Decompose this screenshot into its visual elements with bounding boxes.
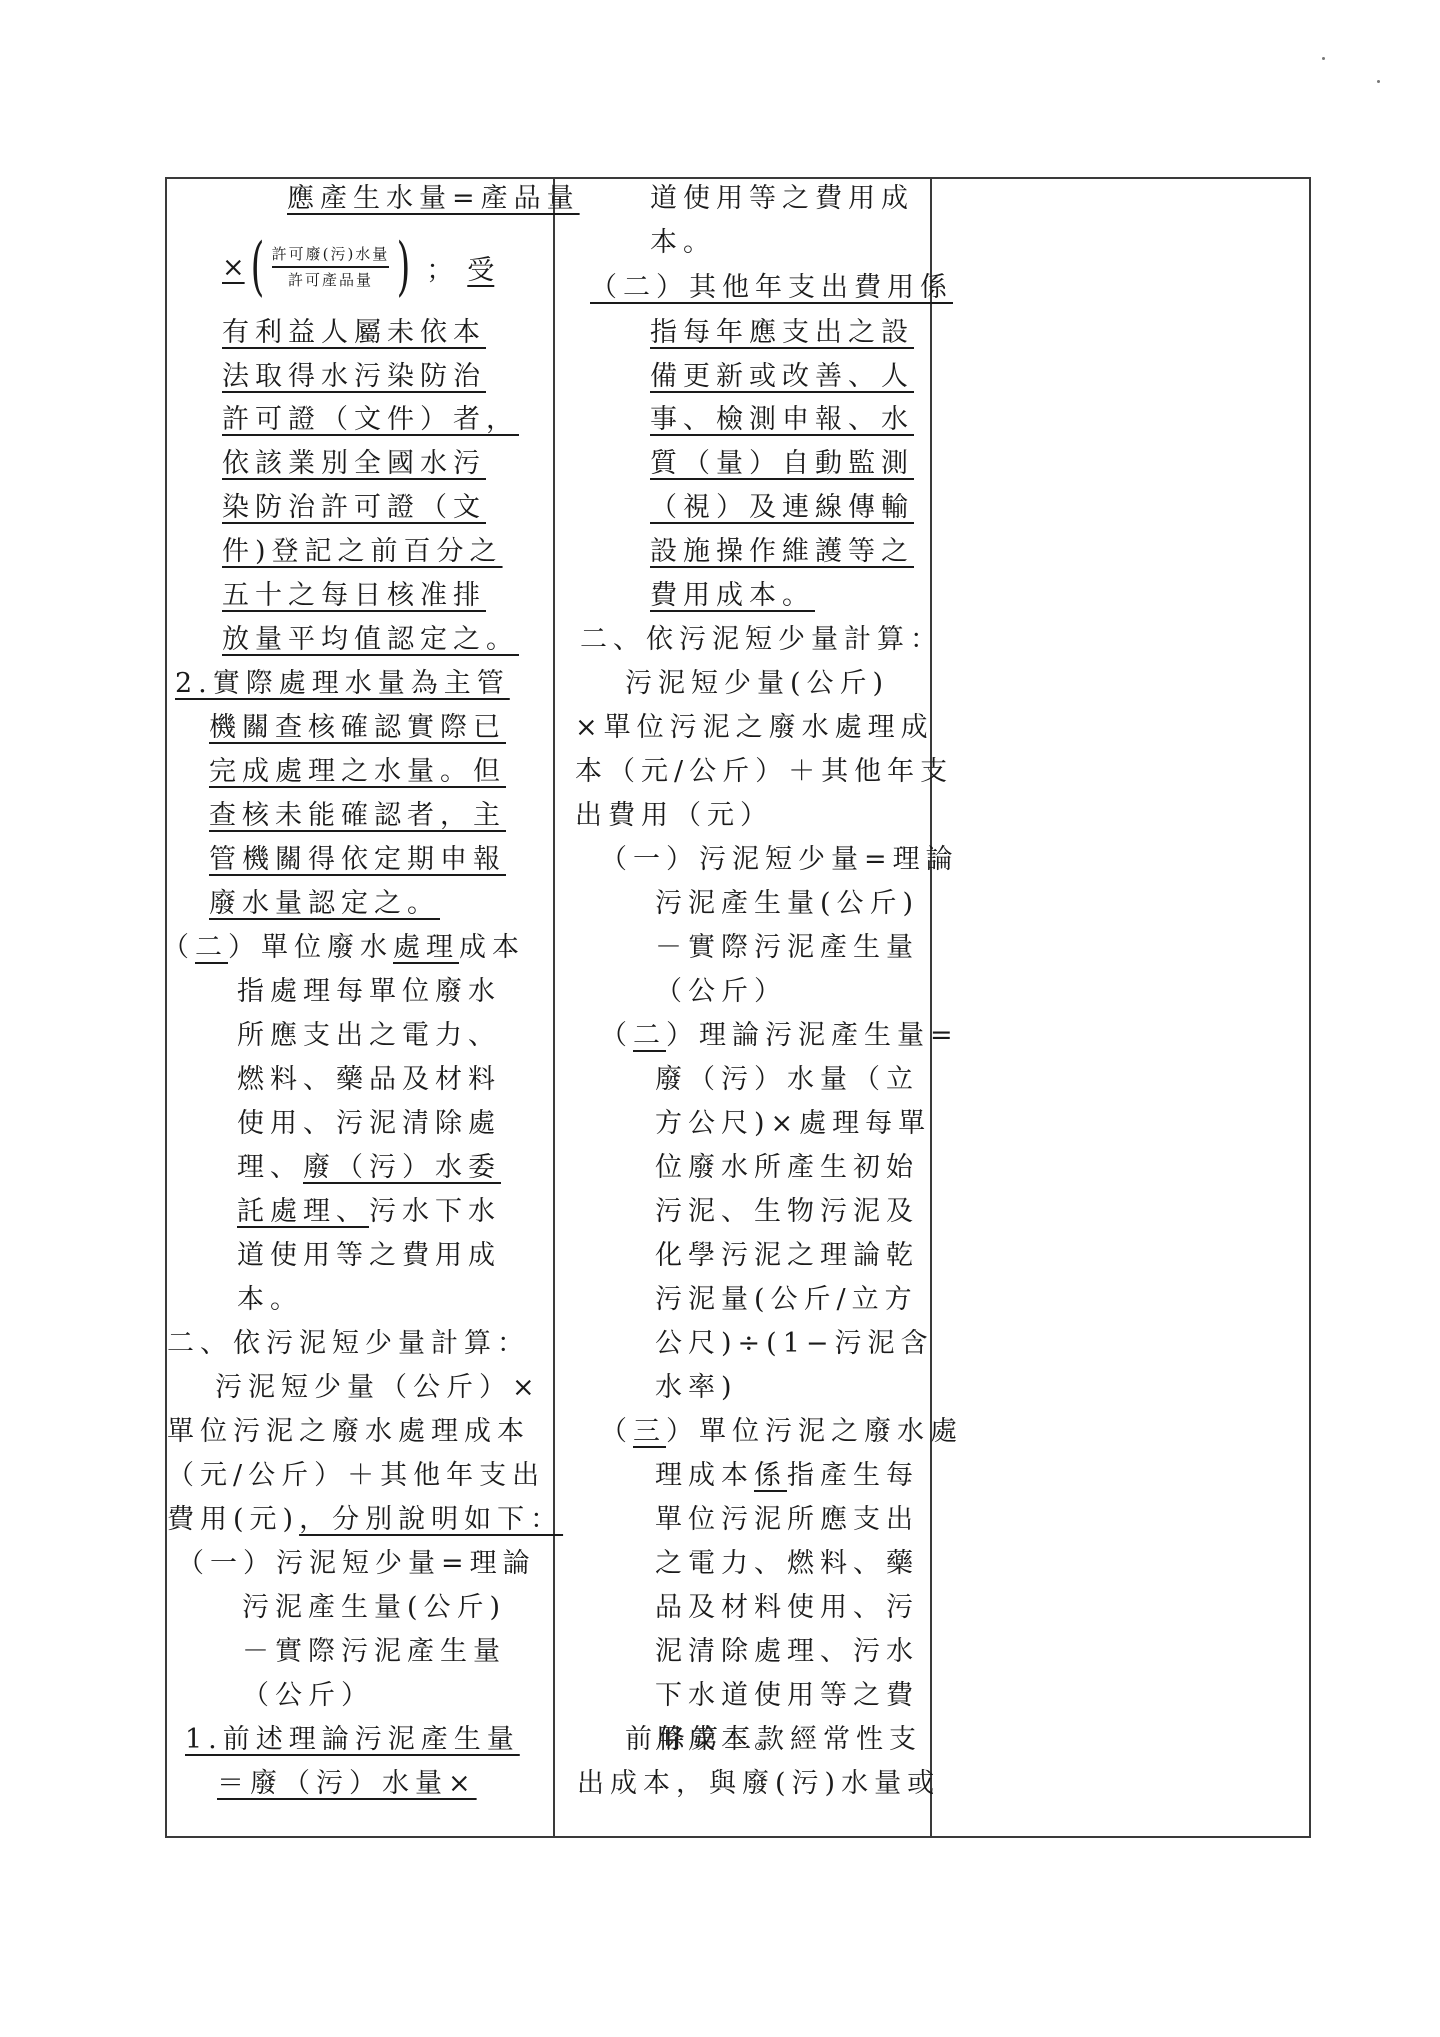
text-segment: （公斤） — [655, 976, 787, 1007]
text-segment: 污泥短少量(公斤) — [625, 668, 889, 699]
text-segment: －實際污泥產生量 — [655, 932, 919, 963]
underlined-segment: 託處理、 — [237, 1196, 369, 1227]
text-line: 污泥、生物污泥及 — [655, 1195, 919, 1229]
text-segment: ）單位污泥之廢水處 — [666, 1416, 963, 1447]
text-segment: 所應支出之電力、 — [237, 1020, 501, 1051]
underlined-segment: 放量平均值認定之。 — [222, 624, 519, 655]
text-line: 方公尺)×處理每單 — [655, 1107, 931, 1141]
text-line: 本。 — [650, 226, 716, 260]
text-line: 位廢水所產生初始 — [655, 1151, 919, 1185]
text-segment: 下水道使用等之費 — [655, 1680, 919, 1711]
underlined-segment: 設施操作維護等之 — [650, 536, 914, 567]
underlined-segment: 二 — [195, 932, 228, 963]
text-segment: 二、依污泥短少量計算： — [167, 1328, 530, 1359]
text-segment: （ — [600, 1416, 633, 1447]
underlined-segment: 應產生水量=產品量 — [287, 183, 580, 214]
underlined-segment: 件)登記之前百分之 — [222, 536, 503, 567]
underlined-segment: 許可證（文件）者， — [222, 404, 519, 435]
text-line: 指處理每單位廢水 — [237, 975, 501, 1009]
text-line: （二）其他年支出費用係 — [590, 271, 953, 305]
underlined-segment: 指每年應支出之設 — [650, 317, 914, 348]
text-line: 廢（污）水量（立 — [655, 1063, 919, 1097]
text-segment: 出費用（元） — [575, 800, 773, 831]
text-segment: 化學污泥之理論乾 — [655, 1240, 919, 1271]
text-line: （二）理論污泥產生量= — [600, 1019, 959, 1053]
text-line: 質（量）自動監測 — [650, 447, 914, 481]
underlined-segment: 係 — [754, 1460, 787, 1491]
text-line: ×單位污泥之廢水處理成 — [575, 711, 934, 745]
text-segment: （ — [162, 932, 195, 963]
text-line: 完成處理之水量。但 — [209, 755, 506, 789]
text-line: 污泥產生量(公斤) — [655, 887, 919, 921]
text-line: 二、依污泥短少量計算： — [167, 1327, 530, 1361]
text-segment: 泥清除處理、污水 — [655, 1636, 919, 1667]
text-line: 出成本，與廢(污)水量或 — [577, 1767, 940, 1801]
text-segment: 道使用等之費用成 — [237, 1240, 501, 1271]
text-line: 應產生水量=產品量 — [287, 182, 580, 216]
text-line: 法取得水污染防治 — [222, 360, 486, 394]
text-segment: 污泥量(公斤/立方 — [655, 1284, 918, 1315]
text-segment: 指處理每單位廢水 — [237, 976, 501, 1007]
text-segment: 燃料、藥品及材料 — [237, 1064, 501, 1095]
text-segment: 費用(元) — [167, 1504, 299, 1535]
text-segment: 出成本，與廢(污)水量或 — [577, 1768, 940, 1799]
text-line: 備更新或改善、人 — [650, 360, 914, 394]
text-line: －實際污泥產生量 — [655, 931, 919, 965]
text-line: 燃料、藥品及材料 — [237, 1063, 501, 1097]
text-line: 理成本係指產生每 — [655, 1459, 919, 1493]
text-segment: －實際污泥產生量 — [242, 1636, 506, 1667]
document-page: 應產生水量=產品量有利益人屬未依本法取得水污染防治許可證（文件）者，依該業別全國… — [0, 0, 1440, 2037]
underlined-segment: 廢（污）水委 — [303, 1152, 501, 1183]
text-segment: ）理論污泥產生量= — [666, 1020, 959, 1051]
text-line: 放量平均值認定之。 — [222, 623, 519, 657]
right-column-explanation — [932, 179, 1309, 1836]
text-segment: （公斤） — [242, 1680, 374, 1711]
text-line: 廢水量認定之。 — [209, 887, 440, 921]
text-line: 單位污泥所應支出 — [655, 1503, 919, 1537]
text-segment: 公尺)÷(1−污泥含 — [655, 1328, 934, 1359]
text-segment: 污水下水 — [369, 1196, 501, 1227]
text-segment: 本（元/公斤）＋其他年支 — [575, 756, 953, 787]
underlined-segment: 完成處理之水量。但 — [209, 756, 506, 787]
text-segment: 理成本 — [655, 1460, 754, 1491]
underlined-segment: （視）及連線傳輸 — [650, 492, 914, 523]
text-line: 污泥產生量(公斤) — [242, 1591, 506, 1625]
text-line: ＝廢（污）水量× — [217, 1767, 477, 1801]
text-line: 下水道使用等之費 — [655, 1679, 919, 1713]
text-segment: 前條第三款經常性支 — [625, 1724, 922, 1755]
underlined-segment: 受 — [467, 248, 494, 287]
underlined-segment: 質（量）自動監測 — [650, 448, 914, 479]
text-line: 道使用等之費用成 — [237, 1239, 501, 1273]
underlined-segment: 處理 — [393, 932, 459, 963]
underlined-segment: 有利益人屬未依本 — [222, 317, 486, 348]
text-line: （元/公斤）＋其他年支出 — [167, 1459, 545, 1493]
text-line: 依該業別全國水污 — [222, 447, 486, 481]
text-segment: 理、 — [237, 1152, 303, 1183]
text-segment: 方公尺)×處理每單 — [655, 1108, 931, 1139]
text-line: 指每年應支出之設 — [650, 316, 914, 350]
text-line: 所應支出之電力、 — [237, 1019, 501, 1053]
text-line: （一）污泥短少量=理論 — [600, 843, 959, 877]
scan-speck — [1322, 57, 1325, 60]
text-line: 公尺)÷(1−污泥含 — [655, 1327, 934, 1361]
underlined-segment: 染防治許可證（文 — [222, 492, 486, 523]
scan-speck — [1377, 80, 1380, 83]
text-segment: 污泥、生物污泥及 — [655, 1196, 919, 1227]
text-line: 污泥短少量(公斤) — [625, 667, 889, 701]
text-segment: （元/公斤）＋其他年支出 — [167, 1460, 545, 1491]
text-segment: 道使用等之費用成 — [650, 183, 914, 214]
text-line: 事、檢測申報、水 — [650, 403, 914, 437]
text-line: 本。 — [237, 1283, 303, 1317]
underlined-segment: 費用成本。 — [650, 580, 815, 611]
underlined-segment: 管機關得依定期申報 — [209, 844, 506, 875]
text-line: （三）單位污泥之廢水處 — [600, 1415, 963, 1449]
underlined-segment: （二）其他年支出費用係 — [590, 272, 953, 303]
text-segment: 指產生每 — [787, 1460, 919, 1491]
multiply-sign: × — [222, 252, 245, 283]
text-segment: 成本 — [459, 932, 525, 963]
semicolon: ； — [426, 248, 453, 287]
text-segment: 單位污泥之廢水處理成本 — [167, 1416, 530, 1447]
text-line: 費用(元)，分別說明如下： — [167, 1503, 563, 1537]
text-segment: 品及材料使用、污 — [655, 1592, 919, 1623]
underlined-segment: 備更新或改善、人 — [650, 361, 914, 392]
text-line: 許可證（文件）者， — [222, 403, 519, 437]
text-segment: 二、依污泥短少量計算： — [580, 624, 943, 655]
text-segment: 水率) — [655, 1372, 738, 1403]
text-line: 化學污泥之理論乾 — [655, 1239, 919, 1273]
text-segment: （一）污泥短少量=理論 — [177, 1548, 536, 1579]
underlined-segment: 事、檢測申報、水 — [650, 404, 914, 435]
underlined-segment: 2.實際處理水量為主管 — [175, 668, 510, 699]
text-segment: 之電力、燃料、藥 — [655, 1548, 919, 1579]
text-segment: ）單位廢水 — [228, 932, 393, 963]
middle-column-current-text: 道使用等之費用成本。（二）其他年支出費用係指每年應支出之設備更新或改善、人事、檢… — [555, 179, 930, 1836]
underlined-segment: ，分別說明如下： — [299, 1504, 563, 1535]
underlined-segment: 五十之每日核准排 — [222, 580, 486, 611]
text-line: 查核未能確認者，主 — [209, 799, 506, 833]
text-segment: 本。 — [650, 227, 716, 258]
text-segment: 廢（污）水量（立 — [655, 1064, 919, 1095]
text-line: （公斤） — [242, 1679, 374, 1713]
text-line: 水率) — [655, 1371, 738, 1405]
text-line: （視）及連線傳輸 — [650, 491, 914, 525]
underlined-segment: 三 — [633, 1416, 666, 1447]
text-line: 污泥短少量（公斤）× — [215, 1371, 541, 1405]
text-line: 泥清除處理、污水 — [655, 1635, 919, 1669]
text-line: 出費用（元） — [575, 799, 773, 833]
text-segment: 本。 — [237, 1284, 303, 1315]
underlined-segment: 法取得水污染防治 — [222, 361, 486, 392]
comparison-table: 應產生水量=產品量有利益人屬未依本法取得水污染防治許可證（文件）者，依該業別全國… — [165, 177, 1311, 1838]
text-line: 機關查核確認實際已 — [209, 711, 506, 745]
text-line: （公斤） — [655, 975, 787, 1009]
text-line: 五十之每日核准排 — [222, 579, 486, 613]
text-line: 道使用等之費用成 — [650, 182, 914, 216]
fraction-denominator: 許可產品量 — [288, 270, 373, 290]
text-line: 染防治許可證（文 — [222, 491, 486, 525]
text-line: 之電力、燃料、藥 — [655, 1547, 919, 1581]
underlined-segment: 廢水量認定之。 — [209, 888, 440, 919]
text-line: 污泥量(公斤/立方 — [655, 1283, 918, 1317]
text-line: 本（元/公斤）＋其他年支 — [575, 755, 953, 789]
text-segment: 污泥短少量（公斤）× — [215, 1372, 541, 1403]
underlined-segment: 機關查核確認實際已 — [209, 712, 506, 743]
text-line: 管機關得依定期申報 — [209, 843, 506, 877]
text-segment: 使用、污泥清除處 — [237, 1108, 501, 1139]
text-line: 費用成本。 — [650, 579, 815, 613]
text-line: （一）污泥短少量=理論 — [177, 1547, 536, 1581]
underlined-segment: 依該業別全國水污 — [222, 448, 486, 479]
right-paren: ) — [397, 235, 411, 299]
text-line: 品及材料使用、污 — [655, 1591, 919, 1625]
text-line: 有利益人屬未依本 — [222, 316, 486, 350]
text-segment: 位廢水所產生初始 — [655, 1152, 919, 1183]
text-line: 理、廢（污）水委 — [237, 1151, 501, 1185]
text-segment: 污泥產生量(公斤) — [242, 1592, 506, 1623]
text-line: 託處理、污水下水 — [237, 1195, 501, 1229]
text-line: 使用、污泥清除處 — [237, 1107, 501, 1141]
text-segment: ×單位污泥之廢水處理成 — [575, 712, 934, 743]
text-line: 2.實際處理水量為主管 — [175, 667, 510, 701]
fraction-numerator: 許可廢(污)水量 — [272, 244, 390, 264]
text-line: 二、依污泥短少量計算： — [580, 623, 943, 657]
text-line: －實際污泥產生量 — [242, 1635, 506, 1669]
text-line: 前條第三款經常性支 — [625, 1723, 922, 1757]
text-line: 件)登記之前百分之 — [222, 535, 503, 569]
fraction-bar — [272, 266, 390, 268]
fraction: 許可廢(污)水量許可產品量 — [272, 244, 390, 290]
underlined-segment: 二 — [633, 1020, 666, 1051]
text-line: 單位污泥之廢水處理成本 — [167, 1415, 530, 1449]
text-line: 1.前述理論污泥產生量 — [185, 1723, 520, 1757]
underlined-segment: 查核未能確認者，主 — [209, 800, 506, 831]
text-segment: 單位污泥所應支出 — [655, 1504, 919, 1535]
left-paren: ( — [250, 235, 264, 299]
text-segment: （一）污泥短少量=理論 — [600, 844, 959, 875]
underlined-segment: 1.前述理論污泥產生量 — [185, 1724, 520, 1755]
text-line: 設施操作維護等之 — [650, 535, 914, 569]
fraction-formula: ×(許可廢(污)水量許可產品量)；受 — [222, 235, 494, 299]
text-line: （二）單位廢水處理成本 — [162, 931, 525, 965]
underlined-segment: ＝廢（污）水量× — [217, 1768, 477, 1799]
left-column-revised-text: 應產生水量=產品量有利益人屬未依本法取得水污染防治許可證（文件）者，依該業別全國… — [167, 179, 553, 1836]
text-segment: （ — [600, 1020, 633, 1051]
text-segment: 污泥產生量(公斤) — [655, 888, 919, 919]
